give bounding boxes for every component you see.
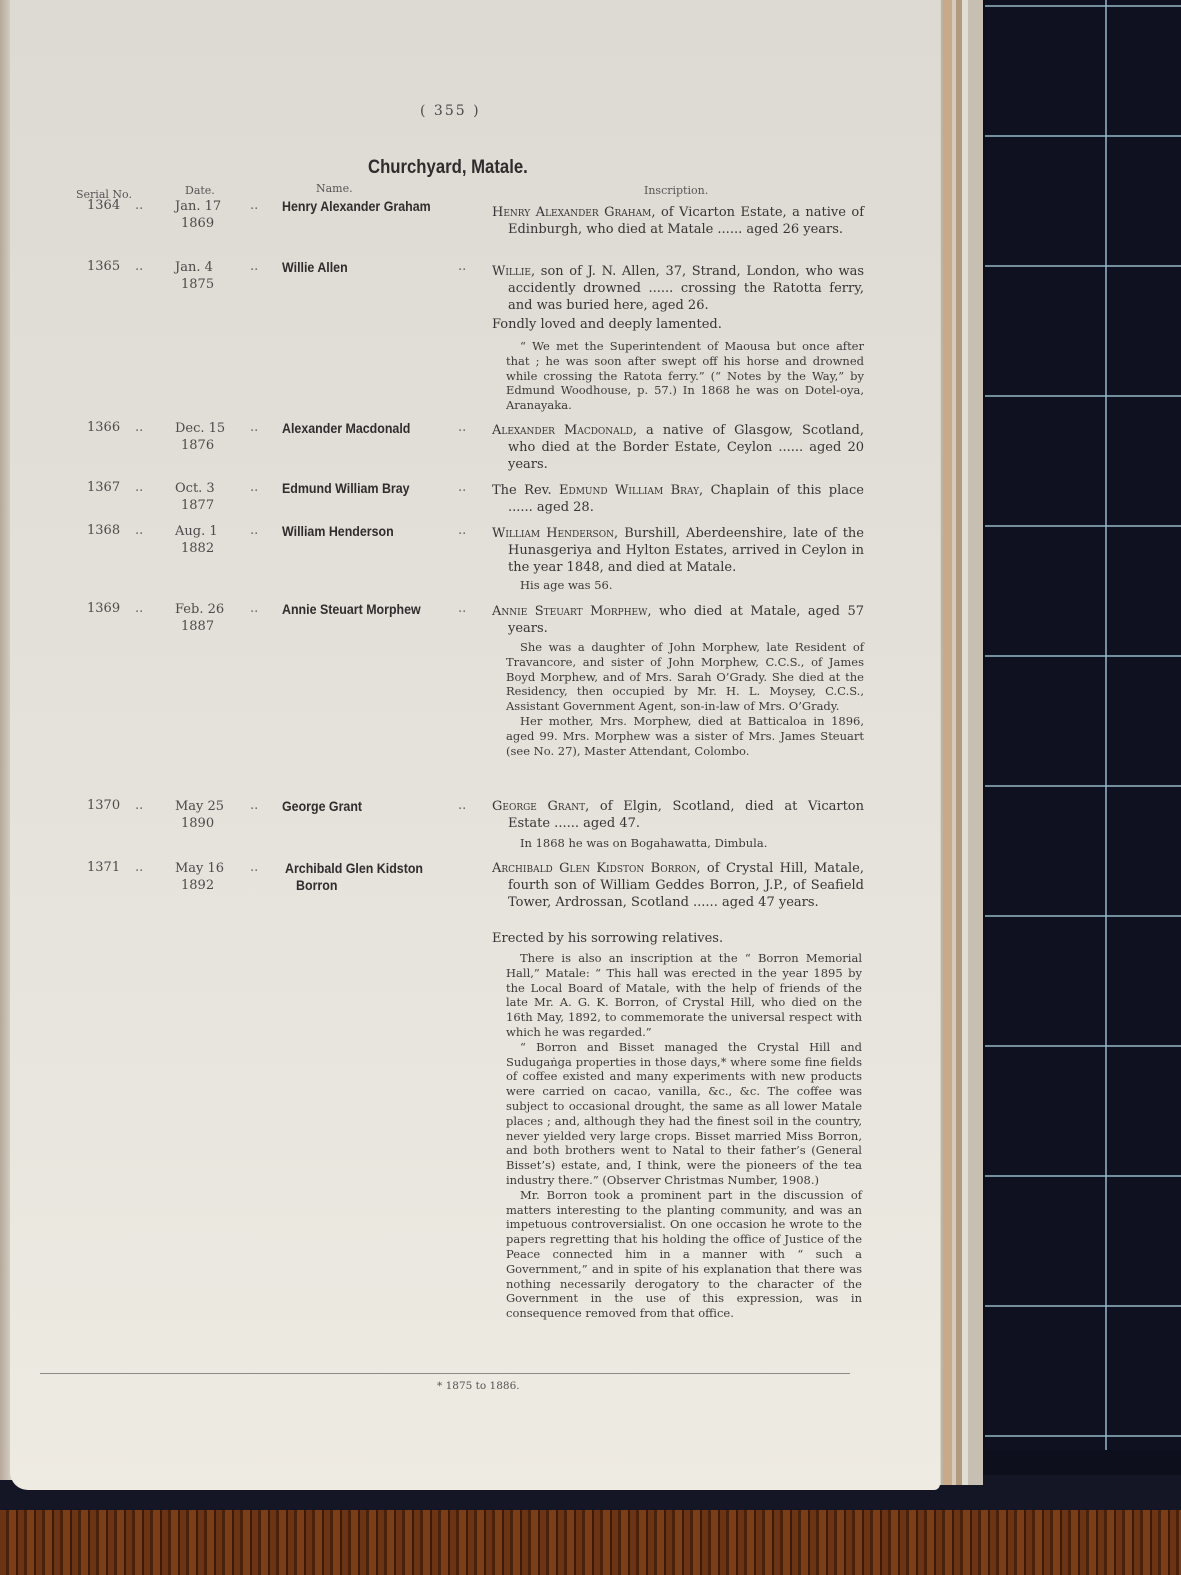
column-header-inscription: Inscription. xyxy=(644,184,708,197)
leader-dots: .. xyxy=(135,798,143,813)
page-number: ( 355 ) xyxy=(420,103,481,119)
entry-note: There is also an inscription at the “ Bo… xyxy=(506,951,862,1321)
serial-number: 1364 xyxy=(87,198,120,213)
entry-inscription: The Rev. Edmund William Bray, Chaplain o… xyxy=(492,482,864,516)
entry-inscription: William Henderson, Burshill, Aberdeenshi… xyxy=(492,525,864,576)
column-header-date: Date. xyxy=(185,184,215,197)
leader-dots: .. xyxy=(458,480,466,495)
leader-dots: .. xyxy=(250,523,258,538)
leader-dots: .. xyxy=(135,860,143,875)
leader-dots: .. xyxy=(458,601,466,616)
entry-date: Jan. 171869 xyxy=(175,198,221,232)
leader-dots: .. xyxy=(250,420,258,435)
entry-name: William Henderson xyxy=(282,523,394,540)
entry-note: “ We met the Superintendent of Maousa bu… xyxy=(506,339,864,413)
entry-name: Annie Steuart Morphew xyxy=(282,601,421,618)
page-stack-edge xyxy=(938,0,983,1485)
entry-inscription: George Grant, of Elgin, Scotland, died a… xyxy=(492,798,864,832)
entry-note: In 1868 he was on Bogahawatta, Dimbula. xyxy=(520,836,878,851)
entry-epitaph: Fondly loved and deeply lamented. xyxy=(492,316,864,333)
leader-dots: .. xyxy=(250,601,258,616)
entry-epitaph: Erected by his sorrowing relatives. xyxy=(492,930,864,947)
entry-name: Archibald Glen KidstonBorron xyxy=(285,860,423,894)
leader-dots: .. xyxy=(135,523,143,538)
entry-inscription: Henry Alexander Graham, of Vicarton Esta… xyxy=(492,204,864,238)
wooden-table-surface xyxy=(0,1510,1181,1575)
entry-date: Feb. 261887 xyxy=(175,601,224,635)
leader-dots: .. xyxy=(135,259,143,274)
entry-inscription: Alexander Macdonald, a native of Glasgow… xyxy=(492,422,864,473)
book-page: ( 355 ) Churchyard, Matale. Serial No. D… xyxy=(10,0,940,1490)
leader-dots: .. xyxy=(458,798,466,813)
leader-dots: .. xyxy=(135,480,143,495)
footnote-rule xyxy=(40,1373,850,1374)
serial-number: 1368 xyxy=(87,523,120,538)
serial-number: 1370 xyxy=(87,798,120,813)
leader-dots: .. xyxy=(135,420,143,435)
entry-name: Alexander Macdonald xyxy=(282,420,410,437)
entry-name: Willie Allen xyxy=(282,259,348,276)
column-header-name: Name. xyxy=(316,182,353,195)
serial-number: 1371 xyxy=(87,860,120,875)
leader-dots: .. xyxy=(458,259,466,274)
leader-dots: .. xyxy=(458,523,466,538)
leader-dots: .. xyxy=(250,798,258,813)
entry-inscription: Archibald Glen Kidston Borron, of Crysta… xyxy=(492,860,864,911)
serial-number: 1366 xyxy=(87,420,120,435)
entry-date: Oct. 31877 xyxy=(175,480,215,514)
serial-number: 1367 xyxy=(87,480,120,495)
entry-date: Jan. 41875 xyxy=(175,259,214,293)
grid-background-mat xyxy=(985,0,1181,1450)
leader-dots: .. xyxy=(135,601,143,616)
entry-name: George Grant xyxy=(282,798,362,815)
leader-dots: .. xyxy=(250,860,258,875)
leader-dots: .. xyxy=(135,198,143,213)
entry-name: Edmund William Bray xyxy=(282,480,410,497)
serial-number: 1369 xyxy=(87,601,120,616)
entry-note: His age was 56. xyxy=(520,578,878,593)
footnote: * 1875 to 1886. xyxy=(437,1380,520,1392)
entry-date: May 251890 xyxy=(175,798,224,832)
entry-date: May 161892 xyxy=(175,860,224,894)
entry-note: She was a daughter of John Morphew, late… xyxy=(506,640,864,758)
leader-dots: .. xyxy=(250,198,258,213)
leader-dots: .. xyxy=(458,420,466,435)
page-title: Churchyard, Matale. xyxy=(368,157,528,179)
entry-inscription: Willie, son of J. N. Allen, 37, Strand, … xyxy=(492,263,864,314)
entry-date: Aug. 11882 xyxy=(175,523,218,557)
serial-number: 1365 xyxy=(87,259,120,274)
leader-dots: .. xyxy=(250,480,258,495)
entry-name: Henry Alexander Graham xyxy=(282,198,431,215)
entry-inscription: Annie Steuart Morphew, who died at Matal… xyxy=(492,603,864,637)
entry-date: Dec. 151876 xyxy=(175,420,225,454)
leader-dots: .. xyxy=(250,259,258,274)
